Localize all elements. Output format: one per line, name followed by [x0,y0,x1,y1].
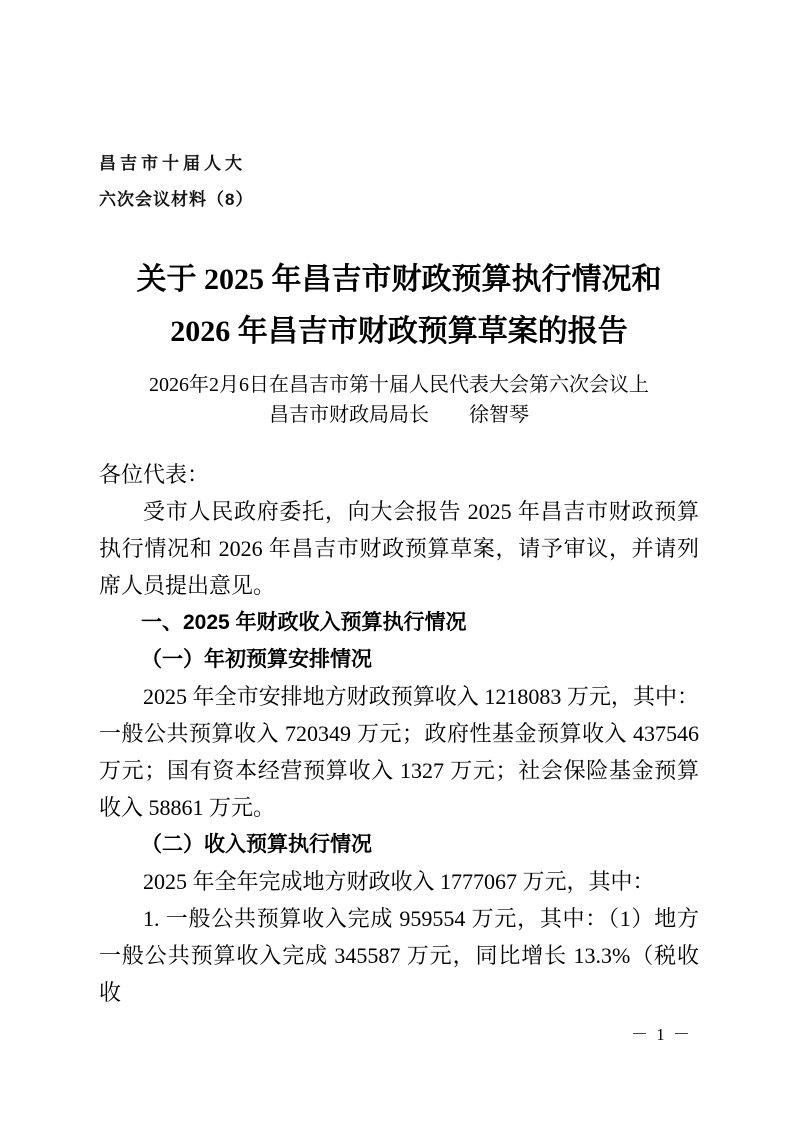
header-organization: 昌吉市十届人大 [99,146,699,182]
document-meta: 2026年2月6日在昌吉市第十届人民代表大会第六次会议上 昌吉市财政局局长 徐智… [99,370,699,430]
body-paragraph: 1. 一般公共预算收入完成 959554 万元，其中：（1）地方一般公共预算收入… [99,900,699,1011]
speaker-line: 昌吉市财政局局长 徐智琴 [99,400,699,430]
document-title-line-1: 关于 2025 年昌吉市财政预算执行情况和 [99,254,699,306]
meeting-material-header: 昌吉市十届人大 六次会议材料（8） [99,146,699,218]
header-material-number: 六次会议材料（8） [99,182,699,218]
page-number: － 1 － [631,1020,692,1045]
body-paragraph: 2025 年全市安排地方财政预算收入 1218083 万元，其中：一般公共预算收… [99,678,699,826]
subsection-heading: （一）年初预算安排情况 [99,641,699,678]
document-title-line-2: 2026 年昌吉市财政预算草案的报告 [99,306,699,358]
document-body: 各位代表： 受市人民政府委托，向大会报告 2025 年昌吉市财政预算执行情况和 … [99,456,699,1011]
salutation: 各位代表： [99,456,699,493]
section-heading: 一、2025 年财政收入预算执行情况 [99,604,699,641]
body-paragraph: 受市人民政府委托，向大会报告 2025 年昌吉市财政预算执行情况和 2026 年… [99,493,699,604]
meeting-occasion: 2026年2月6日在昌吉市第十届人民代表大会第六次会议上 [99,370,699,400]
document-page: 昌吉市十届人大 六次会议材料（8） 关于 2025 年昌吉市财政预算执行情况和 … [0,0,794,1122]
subsection-heading: （二）收入预算执行情况 [99,826,699,863]
document-title: 关于 2025 年昌吉市财政预算执行情况和 2026 年昌吉市财政预算草案的报告 [99,254,699,358]
body-paragraph: 2025 年全年完成地方财政收入 1777067 万元，其中： [99,863,699,900]
